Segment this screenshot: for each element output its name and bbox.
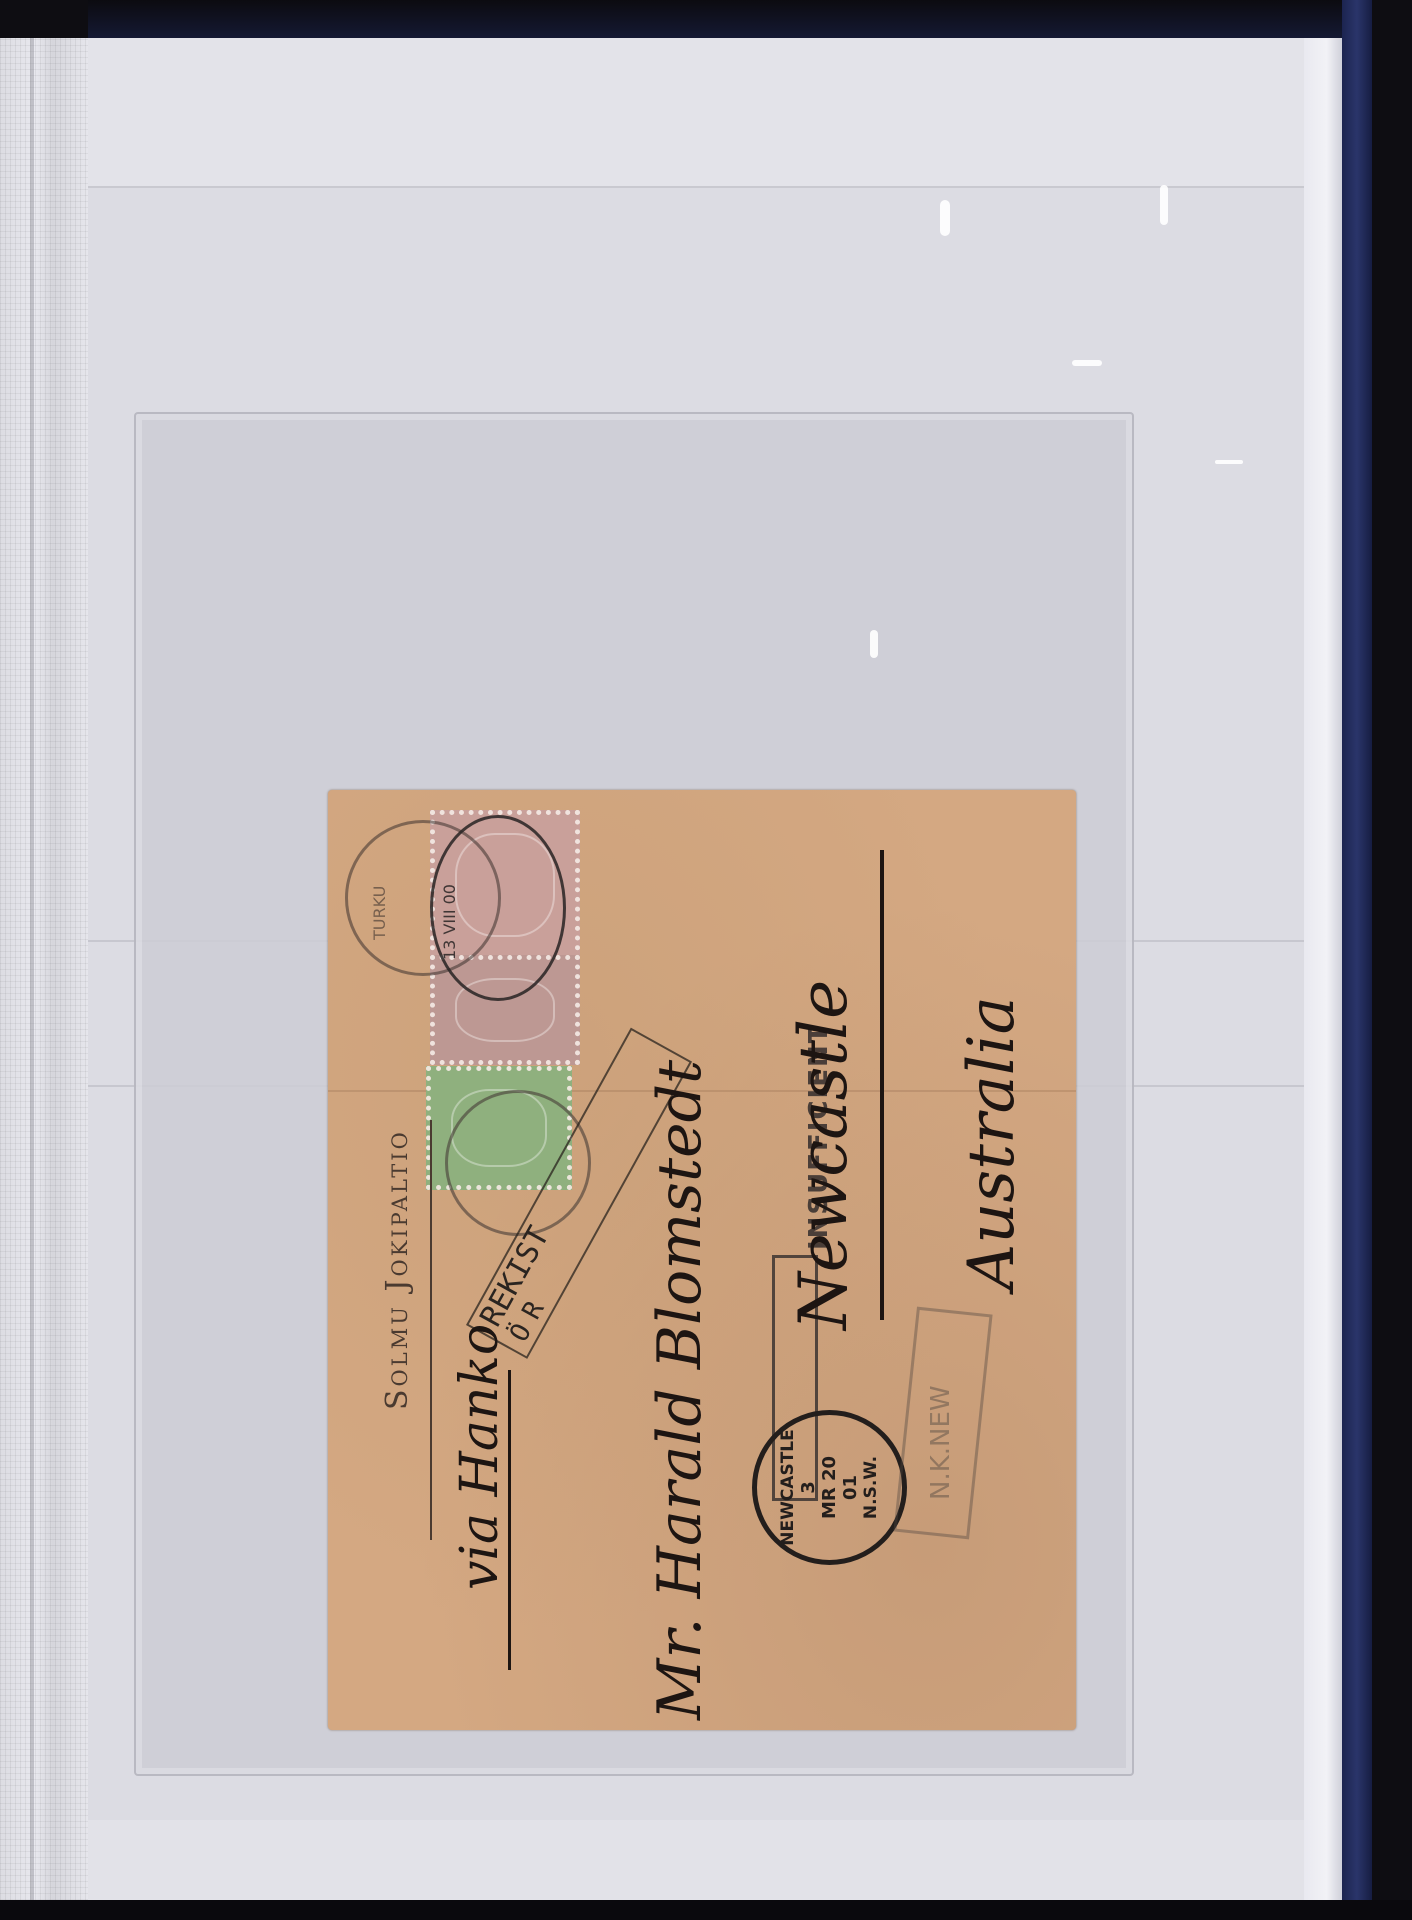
- background-bottom: [0, 1900, 1412, 1920]
- album-spine-binding: [0, 38, 88, 1900]
- sleeve-glare: [870, 630, 878, 658]
- postmark-state: N.S.W.: [861, 1456, 881, 1519]
- strip-divider: [88, 186, 1304, 188]
- city-underline: [880, 850, 884, 1320]
- addressee-name: Mr. Harald Blomstedt: [645, 1060, 715, 1720]
- sleeve-glare: [1215, 460, 1243, 464]
- postmark-day: 3: [798, 1481, 819, 1494]
- printed-sender-name: Solmu Jokipaltio: [380, 1129, 415, 1410]
- page-top-strip: [88, 38, 1304, 188]
- destination-city: Newcastle: [785, 980, 862, 1330]
- postmark-year: 01: [840, 1475, 861, 1500]
- page-bottom-strip: [88, 1820, 1304, 1900]
- printed-rule: [430, 1120, 432, 1540]
- destination-postmark: NEWCASTLE 3 MR 20 01 N.S.W.: [752, 1410, 907, 1565]
- spine-groove: [30, 38, 34, 1900]
- stamp-cancel-date: 13 VIII 00: [440, 884, 459, 960]
- sleeve-glare: [940, 200, 950, 236]
- page-edges: [1304, 38, 1342, 1903]
- routing-instruction: via Hanko: [450, 1324, 510, 1590]
- album-cover-top: [88, 0, 1372, 38]
- album-cover-board: [1342, 0, 1372, 1910]
- sleeve-glare: [1160, 185, 1168, 225]
- receiving-mark-text: N.K.NEW: [926, 1385, 956, 1500]
- sleeve-glare: [1072, 360, 1102, 366]
- origin-postmark-text: TURKU: [370, 886, 389, 940]
- postmark-date: MR 20: [819, 1456, 840, 1519]
- routing-underline: [508, 1370, 511, 1670]
- destination-country: Australia: [955, 996, 1029, 1290]
- postmark-town: NEWCASTLE: [778, 1429, 798, 1546]
